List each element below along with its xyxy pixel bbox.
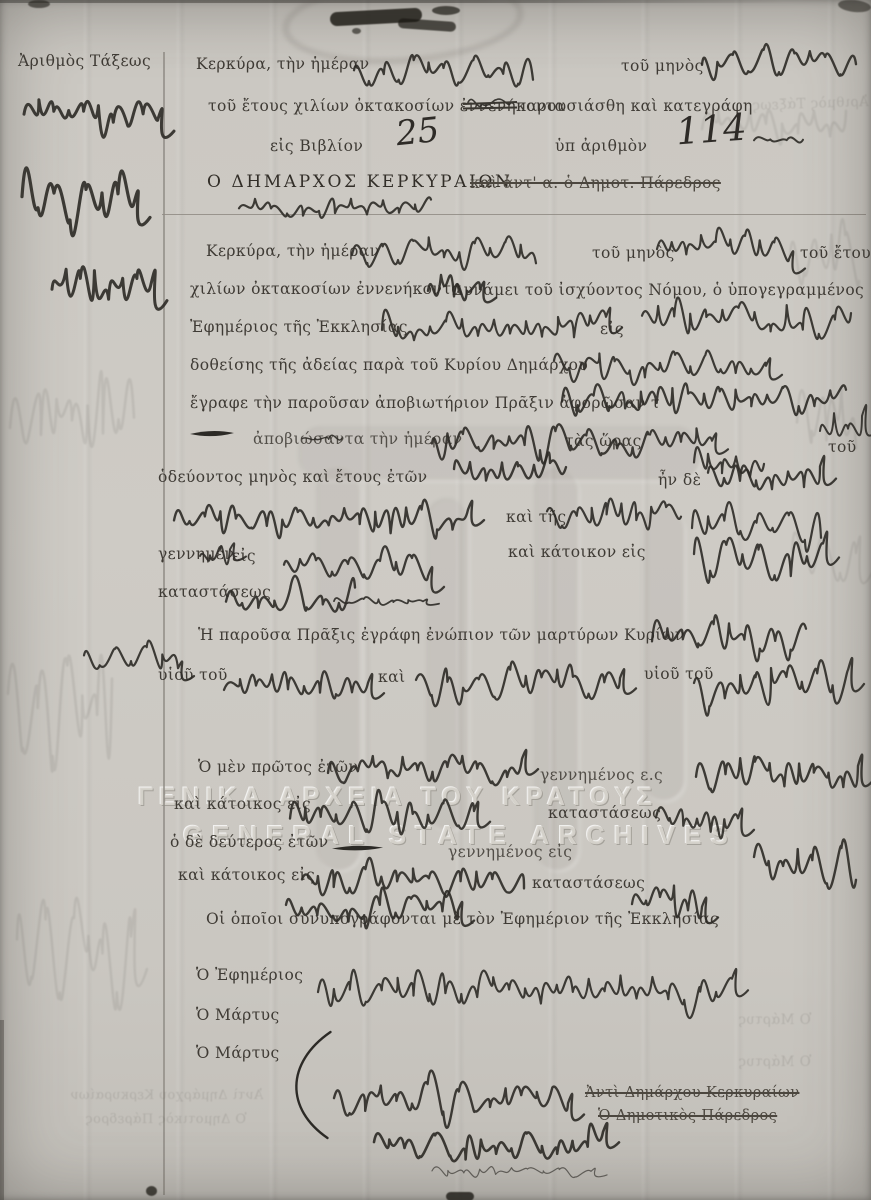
handwriting-witness-brace [302, 1030, 332, 1140]
handwriting-priest-signature [316, 958, 736, 1022]
handwriting-registration-day [352, 44, 537, 98]
handwriting-margin-scrawl-2 [20, 160, 138, 240]
handwritten-book-number: 25 [394, 110, 441, 154]
handwriting-overstrike [300, 433, 346, 445]
document-page: ΓΕΝΙΚΑ ΑΡΧΕΙΑ ΤΟΥ ΚΡΑΤΟΥΣ GENERAL STATE … [0, 0, 871, 1200]
mayor-struck-text: καὶ ἀντ' α. ὁ Δημοτ. Πάρεδρος [470, 174, 721, 192]
ink-smudge [352, 28, 361, 34]
bleedthrough-scrawl [795, 342, 860, 492]
struck-mayor-line2: Ὁ Δημοτικὸς Πάρεδρος [598, 1108, 777, 1124]
bleedthrough-scrawl [6, 600, 116, 820]
order-number-label: Ἀριθμὸς Τάξεως [18, 52, 151, 70]
bleedthrough-scrawl [790, 502, 860, 612]
act-permission-text: δοθείσης τῆς ἀδείας παρὰ τοῦ Κυρίου Δημά… [190, 356, 588, 374]
handwriting-act-month [655, 222, 793, 274]
bleedthrough-witness-label: Ὁ Μάρτυς [738, 1054, 811, 1070]
first-witness-born: γεννημένος ε.ς [540, 766, 663, 784]
handwriting-bottom-small-signature [430, 1162, 595, 1182]
handwriting-witness2-name [414, 655, 624, 713]
registration-place-day: Κερκύρα, τὴν ἡμέραν [196, 55, 369, 73]
bleedthrough-scrawl [15, 860, 135, 1040]
edge-mark [146, 1186, 157, 1196]
first-witness-status: καταστάσεως [548, 804, 661, 822]
act-priest-label: Ἐφημέριος τῆς Ἐκκλησίας [190, 318, 408, 336]
act-resident-label: καὶ κάτοικον εἰς [508, 543, 646, 561]
witness1-signature-label: Ὁ Μάρτυς [196, 1006, 280, 1024]
registration-month-label: τοῦ μηνὸς [621, 57, 704, 75]
bleedthrough-scrawl [700, 82, 850, 162]
edge-mark [837, 0, 871, 14]
bleedthrough-scrawl [788, 200, 863, 330]
page-edge-left [0, 1020, 4, 1200]
edge-mark [446, 1192, 474, 1200]
handwriting-witness1-father [222, 658, 372, 716]
bleedthrough-struck2: Ὁ Δημοτικὸς Πάρεδρος [85, 1112, 246, 1127]
number-label: ὑπ ἀριθμὸν [555, 137, 647, 155]
witness2-signature-label: Ὁ Μάρτυς [196, 1044, 280, 1062]
ink-smudge [432, 6, 460, 15]
handwriting-witness2-status [630, 870, 706, 930]
handwriting-witness1-status [654, 786, 742, 850]
edge-mark [28, 0, 50, 8]
handwriting-mother-name [545, 488, 685, 542]
handwriting-status-tail [332, 594, 427, 607]
margin-divider-rule [163, 52, 165, 1195]
handwriting-margin-scrawl-1 [22, 80, 162, 148]
handwriting-witness2-birthplace [752, 822, 860, 908]
struck-mayor-line1: Ἀντὶ Δημάρχου Κερκυραίων [585, 1085, 799, 1101]
act-month-year-age: ὁδεύοντος μηνὸς καὶ ἔτους ἐτῶν [158, 468, 427, 486]
bleedthrough-witness-label: Ὁ Μάρτυς [738, 1012, 811, 1028]
priest-signature-label: Ὁ Ἐφημέριος [196, 966, 303, 984]
handwriting-witness2-residence [284, 882, 462, 938]
handwriting-gender-fill [198, 536, 234, 576]
witness-and-label: καὶ [378, 668, 405, 686]
handwriting-witness2-father [692, 648, 852, 726]
book-label: εἰς Βιβλίον [270, 137, 363, 155]
bleedthrough-struck1: Ἀντὶ Δημάρχου Κερκυραίων [70, 1088, 263, 1103]
handwriting-witness1-residence [288, 786, 478, 846]
handwriting-mayor-signature [237, 188, 435, 226]
bleedthrough-scrawl [8, 320, 138, 500]
second-witness-status: καταστάσεως [532, 874, 645, 892]
handwriting-heavy-dash [188, 428, 236, 439]
